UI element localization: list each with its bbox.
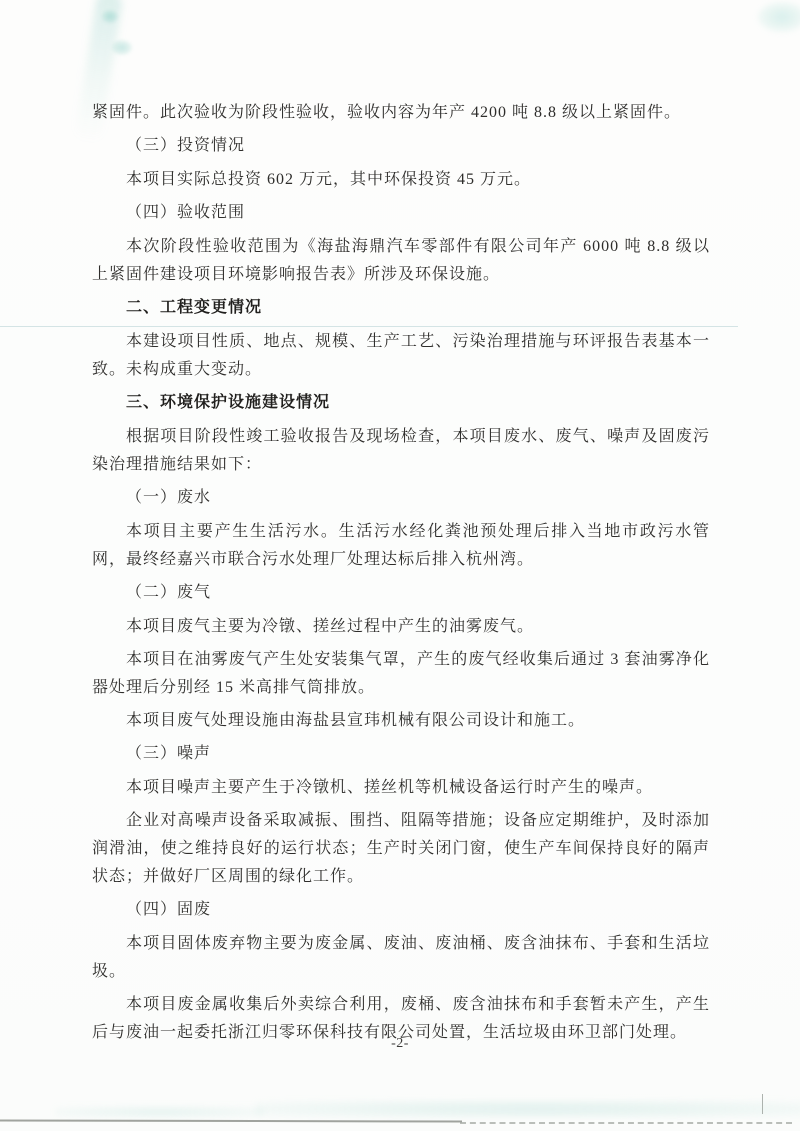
paragraph: 本项目实际总投资 602 万元，其中环保投资 45 万元。	[92, 166, 710, 194]
paragraph: 本项目噪声主要产生于冷镦机、搓丝机等机械设备运行时产生的噪声。	[92, 774, 710, 802]
paragraph: 本项目固体废弃物主要为废金属、废油、废油桶、废含油抹布、手套和生活垃圾。	[92, 930, 710, 986]
subsection-heading: （一）废水	[92, 484, 710, 512]
page-number: -2-	[0, 1036, 800, 1052]
paragraph: 本次阶段性验收范围为《海盐海鼎汽车零部件有限公司年产 6000 吨 8.8 级以…	[92, 233, 710, 289]
teal-smudge-blob	[112, 40, 132, 55]
subsection-heading: （四）验收范围	[92, 199, 710, 227]
teal-smudge-blob	[102, 10, 118, 23]
paper-right-edge-mark	[762, 1094, 763, 1114]
document-body: 紧固件。此次验收为阶段性验收，验收内容为年产 4200 吨 8.8 级以上紧固件…	[92, 99, 710, 1052]
section-heading: 二、工程变更情况	[92, 294, 710, 322]
paragraph: 本建设项目性质、地点、规模、生产工艺、污染治理措施与环评报告表基本一致。未构成重…	[92, 328, 710, 384]
scanned-page: 紧固件。此次验收为阶段性验收，验收内容为年产 4200 吨 8.8 级以上紧固件…	[0, 0, 800, 1131]
paper-bottom-edge-dashed	[460, 1122, 792, 1124]
subsection-heading: （三）投资情况	[92, 132, 710, 160]
subsection-heading: （二）废气	[92, 579, 710, 607]
paragraph: 本项目废气处理设施由海盐县宣玮机械有限公司设计和施工。	[92, 707, 710, 735]
teal-corner-smudge	[758, 2, 800, 32]
paragraph: 本项目在油雾废气产生处安装集气罩，产生的废气经收集后通过 3 套油雾净化器处理后…	[92, 646, 710, 702]
bottom-smudge-band	[255, 1100, 800, 1118]
paper-bottom-edge	[0, 1120, 462, 1123]
section-heading: 三、环境保护设施建设情况	[92, 389, 710, 417]
subsection-heading: （三）噪声	[92, 740, 710, 768]
bottom-smudge-band	[55, 1106, 265, 1118]
paragraph: 企业对高噪声设备采取减振、围挡、阻隔等措施；设备应定期维护，及时添加润滑油，使之…	[92, 807, 710, 891]
paragraph: 根据项目阶段性竣工验收报告及现场检查，本项目废水、废气、噪声及固废污染治理措施结…	[92, 423, 710, 479]
paragraph: 本项目废气主要为冷镦、搓丝过程中产生的油雾废气。	[92, 613, 710, 641]
paragraph: 本项目主要产生生活污水。生活污水经化粪池预处理后排入当地市政污水管网，最终经嘉兴…	[92, 518, 710, 574]
subsection-heading: （四）固废	[92, 896, 710, 924]
continuation-paragraph: 紧固件。此次验收为阶段性验收，验收内容为年产 4200 吨 8.8 级以上紧固件…	[92, 99, 710, 127]
